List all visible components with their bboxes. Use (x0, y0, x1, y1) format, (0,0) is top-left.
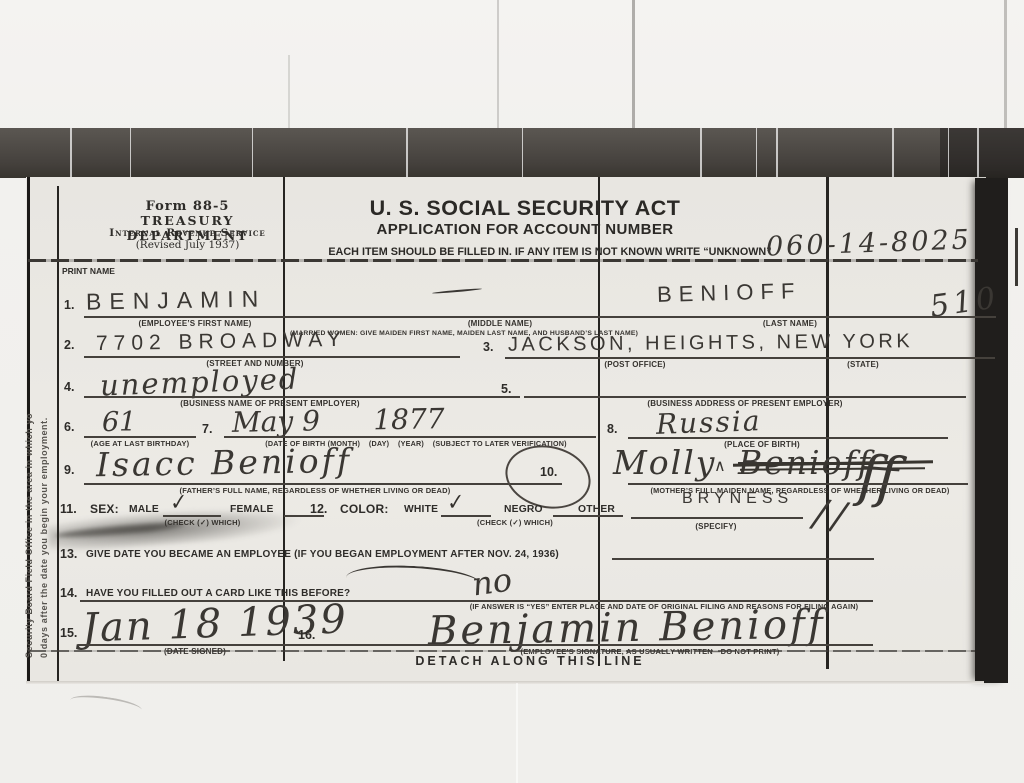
sex-label: SEX: (90, 503, 119, 517)
check-blank-line (631, 517, 803, 519)
item-7-birthdate-written: May 9 1877 (232, 405, 445, 437)
item-9-father-written: Isacc Benioff (96, 444, 353, 481)
write-line (505, 357, 995, 359)
item-14-answer-written: no (470, 563, 514, 600)
scan-streak-artifact (130, 128, 131, 178)
service-name: Internal Revenue Service (80, 227, 295, 239)
item-7-number: 7. (202, 423, 212, 436)
male-check-mark: ✓ (170, 490, 188, 514)
item-10-mother-written: Molly (613, 446, 716, 479)
scan-streak-artifact (522, 128, 523, 178)
scanned-document: Security Board Field Office in the area … (0, 0, 1024, 783)
item-2-number: 2. (64, 339, 74, 352)
fill-in-instruction: EACH ITEM SHOULD BE FILLED IN. IF ANY IT… (320, 247, 780, 258)
caption-check-which-sex: (CHECK (✓) WHICH) (140, 519, 265, 527)
caption-middle-name: (MIDDLE NAME) (400, 320, 600, 329)
scan-streak-artifact (406, 128, 408, 178)
detach-along-line-label: DETACH ALONG THIS LINE (370, 655, 690, 668)
option-white-label: WHITE (404, 504, 438, 516)
option-male-label: MALE (129, 504, 159, 516)
scan-streak-artifact (948, 128, 949, 178)
item-8-number: 8. (607, 423, 617, 436)
scan-streak-artifact (252, 128, 253, 178)
header-separator-line (28, 259, 978, 262)
stray-ink-marks: // (812, 494, 855, 537)
write-line (84, 483, 562, 485)
scan-edge-artifact (1015, 228, 1018, 286)
caption-specify: (SPECIFY) (656, 523, 776, 532)
scan-streak-artifact (756, 128, 757, 178)
print-name-label: PRINT NAME (62, 267, 115, 276)
item-3-post-office-written: JACKSON, HEIGHTS, NEW YORK (508, 331, 913, 355)
item-14-number: 14. (60, 587, 77, 600)
signature-flourish: ff (856, 449, 899, 508)
caption-father-name: (FATHER’S FULL NAME, REGARDLESS OF WHETH… (95, 487, 535, 495)
item-2-street-written: 7702 BROADWAY (96, 329, 347, 354)
option-female-label: FEMALE (230, 504, 274, 516)
scan-streak-artifact (1004, 0, 1007, 130)
scan-streak-artifact (70, 128, 72, 178)
caption-employees-first-name: (EMPLOYEE’S FIRST NAME) (95, 320, 295, 329)
scan-edge-artifact (975, 178, 1008, 683)
scan-streak-artifact (497, 0, 499, 128)
scanner-band-artifact (940, 128, 1024, 178)
item-6-number: 6. (64, 421, 74, 434)
caret-insert-mark: ∧ (714, 458, 726, 474)
item-15-number: 15. (60, 627, 77, 640)
item-4-number: 4. (64, 381, 74, 394)
write-line (84, 356, 460, 358)
check-blank-line (163, 515, 221, 517)
scan-streak-artifact (892, 128, 894, 178)
item-13-number: 13. (60, 548, 77, 561)
write-line (612, 558, 874, 560)
scan-streak-artifact (700, 128, 702, 178)
item-6-age-written: 61 (102, 409, 136, 436)
write-line (628, 483, 968, 485)
white-check-mark: ✓ (447, 490, 465, 514)
pencil-streak-artifact (69, 692, 143, 718)
caption-state: (STATE) (818, 361, 908, 370)
form-bottom-edge (26, 681, 984, 684)
write-line (224, 436, 596, 438)
detach-separator-line (28, 650, 975, 652)
scan-streak-artifact (288, 55, 290, 128)
option-negro-label: NEGRO (504, 504, 543, 516)
account-number-handwritten: 060-14-8025 (766, 226, 973, 260)
item-3-number: 3. (483, 341, 493, 354)
write-line (628, 437, 948, 439)
scan-streak-artifact (632, 0, 635, 128)
item-1-number: 1. (64, 299, 74, 312)
write-line (84, 396, 520, 398)
option-other-label: OTHER (578, 504, 615, 516)
caption-post-office: (POST OFFICE) (560, 361, 710, 370)
scanner-band-artifact (0, 128, 1024, 178)
form-number: Form 88-5 (80, 199, 295, 214)
check-blank-line (441, 515, 491, 517)
write-line (78, 644, 344, 646)
item-10-number: 10. (540, 466, 557, 479)
item-12-number: 12. (310, 503, 327, 516)
item-13-label: GIVE DATE YOU BECAME AN EMPLOYEE (IF YOU… (86, 549, 559, 561)
item-9-number: 9. (64, 464, 74, 477)
write-line (84, 316, 996, 318)
paper-crease-artifact (516, 683, 518, 783)
color-label: COLOR: (340, 503, 389, 517)
item-10-correction-written: BRYNESS (682, 491, 793, 507)
caption-last-name: (LAST NAME) (700, 320, 880, 329)
scan-streak-artifact (776, 128, 778, 178)
revision-note: (Revised July 1937) (80, 239, 295, 251)
caption-mother-name: (MOTHER’S FULL MAIDEN NAME, REGARDLESS O… (600, 487, 1000, 495)
form-title: U. S. SOCIAL SECURITY ACT (310, 198, 740, 220)
form-subtitle: APPLICATION FOR ACCOUNT NUMBER (310, 222, 740, 237)
write-line (84, 436, 196, 438)
write-line (524, 396, 966, 398)
item-1-first-name-written: BENJAMIN (86, 287, 267, 313)
item-11-number: 11. (60, 503, 77, 516)
item-8-birthplace-written: Russia (656, 407, 762, 439)
caption-check-which-color: (CHECK (✓) WHICH) (430, 519, 600, 527)
write-line (330, 644, 873, 646)
item-1-last-name-written: BENIOFF (657, 280, 802, 306)
item-16-number: 16. (298, 629, 315, 642)
scan-streak-artifact (977, 128, 979, 178)
item-5-number: 5. (501, 383, 511, 396)
